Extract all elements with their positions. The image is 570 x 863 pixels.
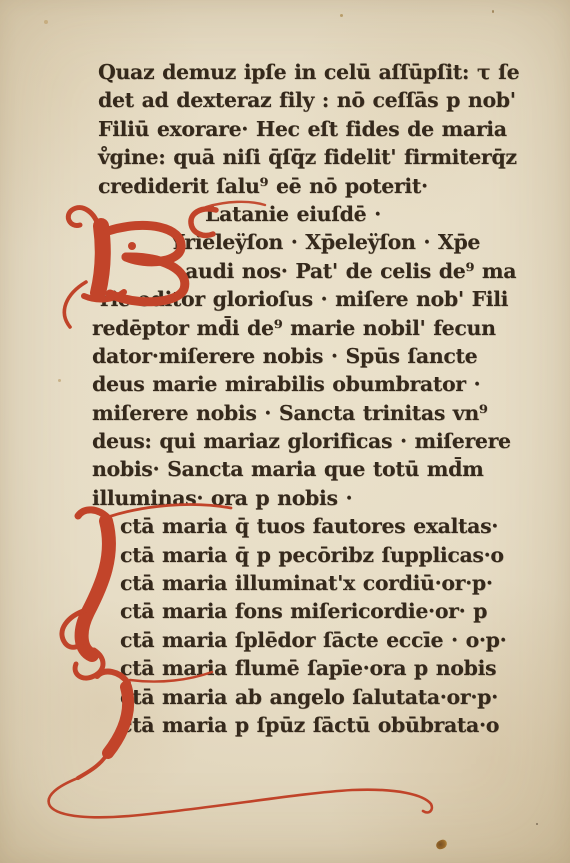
litany-invocation: ctā maria ſplēdor ſācte eccīe · o·p·	[120, 626, 532, 654]
paper-speck	[536, 823, 538, 825]
text-line: deus marie mirabilis obumbrator ·	[92, 370, 532, 398]
bottom-flourish	[49, 778, 432, 817]
litany-invocation: ctā maria q̄ tuos fautores exaltas·	[120, 512, 532, 540]
litany-heading: Latanie eiuſdē ·	[205, 200, 532, 228]
paper-speck	[58, 379, 61, 382]
paper-speck	[492, 10, 494, 13]
text-line: miſerere nobis · Sancta trinitas vn⁹	[92, 399, 532, 427]
litany-invocation: ctā maria q̄ p pecōribz ſupplicas·o	[120, 541, 532, 569]
text-line: rie ɔditor glorioſus · miſere nob' Fili	[100, 285, 532, 313]
litany-invocation: ctā maria fons miſericordie·or· p	[120, 597, 532, 625]
text-line: Quaz demuz ipſe in celū aſſūpſit: τ ſe	[98, 58, 532, 86]
text-line: illuminas· ora p nobis ·	[92, 484, 532, 512]
text-line: det ad dexteraz fily : nō ceſſās p nob'	[98, 86, 532, 114]
text-line: nobis· Sancta maria que totū md̄m	[92, 455, 532, 483]
paper-speck	[340, 14, 343, 17]
litany-invocation: ctā maria illuminat'x cordiū·or·p·	[120, 569, 532, 597]
text-block: Quaz demuz ipſe in celū aſſūpſit: τ ſe d…	[92, 58, 532, 739]
text-line: dator·miſerere nobis · Spūs ſancte	[92, 342, 532, 370]
text-line: crediderit ſalu⁹ eē nō poterit·	[98, 172, 532, 200]
text-line: deus: qui mariaz glorificas · miſerere	[92, 427, 532, 455]
ink-stain	[435, 839, 448, 851]
litany-invocation: ctā maria flumē ſapīe·ora p nobis	[120, 654, 532, 682]
text-line: v̊gine: quā niſi q̄ſq̄z fidelit' firmite…	[98, 143, 532, 171]
text-line: redēptor md̄i de⁹ marie nobil' fecun	[92, 314, 532, 342]
text-line: audi nos· Pat' de celis de⁹ ma	[185, 257, 532, 285]
litany-invocation: ctā maria p ſpūz ſāctū obūbrata·o	[120, 711, 532, 739]
text-line: Yrieleÿſon · Xp̄eleÿſon · Xp̄e	[170, 228, 532, 256]
paper-speck	[44, 20, 48, 24]
litany-invocation: ctā maria ab angelo ſalutata·or·p·	[120, 683, 532, 711]
manuscript-page: Quaz demuz ipſe in celū aſſūpſit: τ ſe d…	[0, 0, 570, 863]
text-line: Filiū exorare· Hec eſt fides de maria	[98, 115, 532, 143]
